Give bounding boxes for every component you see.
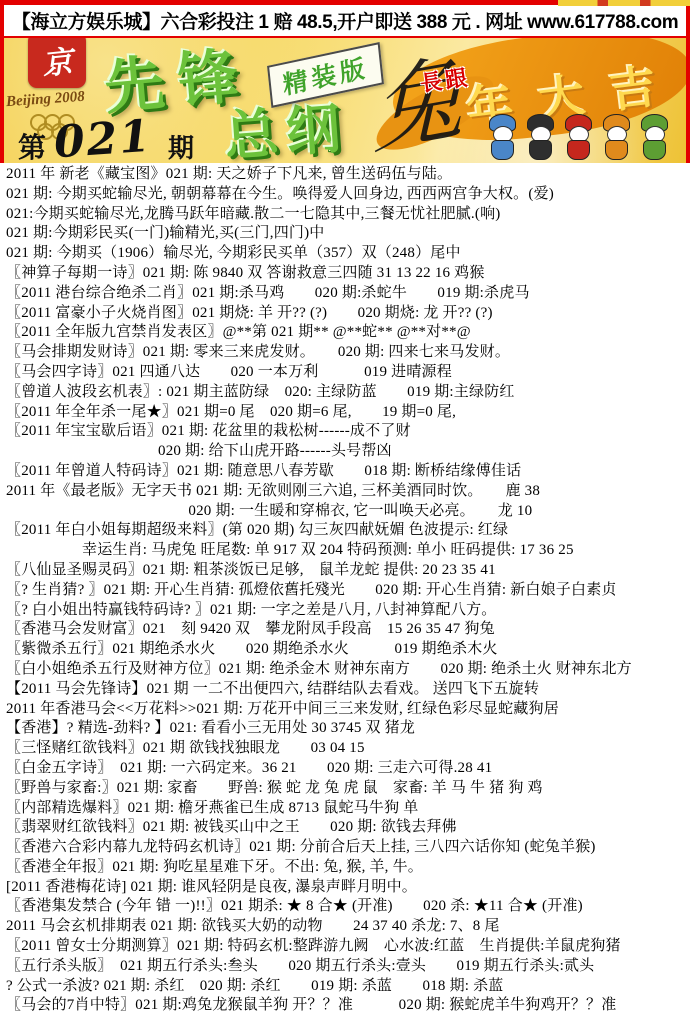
text-line: 〖紫微杀五行〗021 期绝杀水火 020 期绝杀水火 019 期绝杀木火 <box>6 640 688 660</box>
text-line: 〖马会四字诗〗021 四通八达 020 一本万利 019 进晴源程 <box>6 363 688 383</box>
text-line: 〖马会的7肖中特〗021 期:鸡兔龙猴鼠羊狗 开？？准 020 期: 猴蛇虎羊牛… <box>6 996 688 1016</box>
text-line: 2011 年香港马会<<万花料>>021 期: 万花开中间三三来发财, 红绿色彩… <box>6 700 688 720</box>
text-line: 〖野兽与家畜:〗021 期: 家畜 野兽: 猴 蛇 龙 兔 虎 鼠 家畜: 羊 … <box>6 779 688 799</box>
text-line: ? 公式一杀波? 021 期: 杀红 020 期: 杀红 019 期: 杀蓝 0… <box>6 977 688 997</box>
text-line: 〖2011 全年版九宫禁肖发表区〗@**第 021 期** @**蛇** @**… <box>6 323 688 343</box>
fuwa-mascot-huanhuan <box>562 114 595 160</box>
text-line: 〖2011 年宝宝歇后语〗021 期: 花盆里的栽松树------成不了财 <box>6 422 688 442</box>
text-line: 〖曾道人波段玄机表〗: 021 期主蓝防绿 020: 主绿防蓝 019 期:主绿… <box>6 383 688 403</box>
text-line: 〖香港集发禁合 (今年 错 一)!!〗021 期杀: ★ 8 合★ (开准) 0… <box>6 897 688 917</box>
masthead: 京 Beijing 2008 第 021 期 先锋 总纲 精装版 兔 長跟 年大… <box>0 38 690 163</box>
page: 【海立方娱乐城】六合彩投注 1 赔 48.5,开户即送 388 元 . 网址 w… <box>0 0 690 1018</box>
fuwa-mascots <box>486 114 671 160</box>
text-line: 2011 马会玄机排期表 021 期: 欲钱买大奶的动物 24 37 40 杀龙… <box>6 917 688 937</box>
text-line: 〖马会排期发财诗〗021 期: 零来三来虎发财。 020 期: 四来七来马发财。 <box>6 343 688 363</box>
text-line: [2011 香港梅花诗] 021 期: 谁风轻阴是良夜, 瀑泉声畔月明中。 <box>6 878 688 898</box>
text-line: 020 期: 给下山虎开路------头号帮凶 <box>6 442 688 462</box>
text-line: 021:今期买蛇输尽光,龙腾马跃年暗藏.散二一七隐其中,三餐无忧社肥腻.(响) <box>6 205 688 225</box>
text-line: 〖白小姐绝杀五行及财神方位〗021 期: 绝杀金木 财神东南方 020 期: 绝… <box>6 660 688 680</box>
text-line: 021 期:今期彩民买(一门)输精光,买(三门,四门)中 <box>6 224 688 244</box>
text-line: 〖2011 富豪小子火烧肖图〗021 期烧: 羊 开?? (?) 020 期烧:… <box>6 304 688 324</box>
fuwa-mascot-nini <box>638 114 671 160</box>
text-line: 〖? 白小姐出特赢钱特码诗? 〗021 期: 一字之差是八月, 八封神算配八方。 <box>6 601 688 621</box>
text-line: 〖2011 年全年杀一尾★〗021 期=0 尾 020 期=6 尾, 19 期=… <box>6 403 688 423</box>
top-corner-decoration <box>558 0 690 6</box>
top-ad-banner: 【海立方娱乐城】六合彩投注 1 赔 48.5,开户即送 388 元 . 网址 w… <box>0 0 690 38</box>
issue-number-block: 第 021 期 <box>16 118 246 163</box>
text-line: 2011 年 新老《藏宝图》021 期: 天之娇子下凡来, 曾生送码伍与陆。 <box>6 165 688 185</box>
text-line: 〖内部精选爆料〗021 期: 檐牙燕雀已生成 8713 鼠蛇马牛狗 单 <box>6 799 688 819</box>
text-line: 〖2011 年白小姐每期超级来料〗(第 020 期) 勾三灰四献妩媚 色波提示:… <box>6 521 688 541</box>
text-line: 〖八仙显圣赐灵码〗021 期: 粗茶淡饭已足够, 鼠羊龙蛇 提供: 20 23 … <box>6 561 688 581</box>
text-line: 020 期: 一生暖和穿棉衣, 它一叫唤天必亮。 龙 10 <box>6 502 688 522</box>
text-line: 〖香港马会发财富〗021 刻 9420 双 攀龙附凤手段高 15 26 35 4… <box>6 620 688 640</box>
issue-suffix: 期 <box>168 128 194 163</box>
text-line: 〖2011 年曾道人特码诗〗021 期: 随意思八春芳歇 018 期: 断桥结缘… <box>6 462 688 482</box>
fuwa-mascot-yingying <box>600 114 633 160</box>
text-line: 〖? 生肖猜? 〗021 期: 开心生肖猜: 孤燈依舊托殘光 020 期: 开心… <box>6 581 688 601</box>
fuwa-mascot-jingjing <box>524 114 557 160</box>
text-line: 〖2011 曾女士分期测算〗021 期: 特码玄机:整跸游九阙 心水波:红蓝 生… <box>6 937 688 957</box>
text-line: 【香港】? 精选-劲料? 】021: 看看小三无用处 30 3745 双 猪龙 <box>6 719 688 739</box>
body-lines: 2011 年 新老《藏宝图》021 期: 天之娇子下凡来, 曾生送码伍与陆。02… <box>0 163 690 1016</box>
text-line: 〖香港六合彩内幕九龙特码玄机诗〗021 期: 分前合后天上挂, 三八四六话你知 … <box>6 838 688 858</box>
text-line: 〖三怪赌红欲钱料〗021 期 欲钱找独眼龙 03 04 15 <box>6 739 688 759</box>
text-line: 021 期: 今期买蛇输尽光, 朝朝幕幕在今生。唤得爱人回身边, 西西两宫争大权… <box>6 185 688 205</box>
text-line: 〖白金五字诗〗 021 期: 一六码定来。36 21 020 期: 三走六可得.… <box>6 759 688 779</box>
text-line: 〖五行杀头版〗 021 期五行杀头:叁头 020 期五行杀头:壹头 019 期五… <box>6 957 688 977</box>
text-line: 〖香港全年报〗021 期: 狗吃星星难下牙。不出: 兔, 猴, 羊, 牛。 <box>6 858 688 878</box>
text-line: 021 期: 今期买（1906）输尽光, 今期彩民买单（357）双（248）尾中 <box>6 244 688 264</box>
text-line: 幸运生肖: 马虎兔 旺尾数: 单 917 双 204 特码预测: 单小 旺码提供… <box>6 541 688 561</box>
ad-banner-text: 【海立方娱乐城】六合彩投注 1 赔 48.5,开户即送 388 元 . 网址 w… <box>12 7 679 34</box>
text-line: 〖神算子每期一诗〗021 期: 陈 9840 双 答谢救意三四随 31 13 2… <box>6 264 688 284</box>
beijing-2008-emblem-icon: 京 <box>28 38 86 88</box>
text-line: 〖2011 港台综合绝杀二肖〗021 期:杀马鸡 020 期:杀蛇牛 019 期… <box>6 284 688 304</box>
ad-banner-strip: 【海立方娱乐城】六合彩投注 1 赔 48.5,开户即送 388 元 . 网址 w… <box>4 5 686 36</box>
fuwa-mascot-beibei <box>486 114 519 160</box>
issue-prefix: 第 <box>18 126 46 163</box>
text-line: 2011 年《最老版》无字天书 021 期: 无欲则刚三六追, 三杯美酒同时饮。… <box>6 482 688 502</box>
text-line: 〖翡翠财红欲钱料〗021 期: 被钱买山中之王 020 期: 欲钱去拜佛 <box>6 818 688 838</box>
text-line: 【2011 马会先锋诗】021 期 一二不出便四六, 结群结队去看戏。 送四飞下… <box>6 680 688 700</box>
emblem-figure: 京 <box>40 38 74 83</box>
